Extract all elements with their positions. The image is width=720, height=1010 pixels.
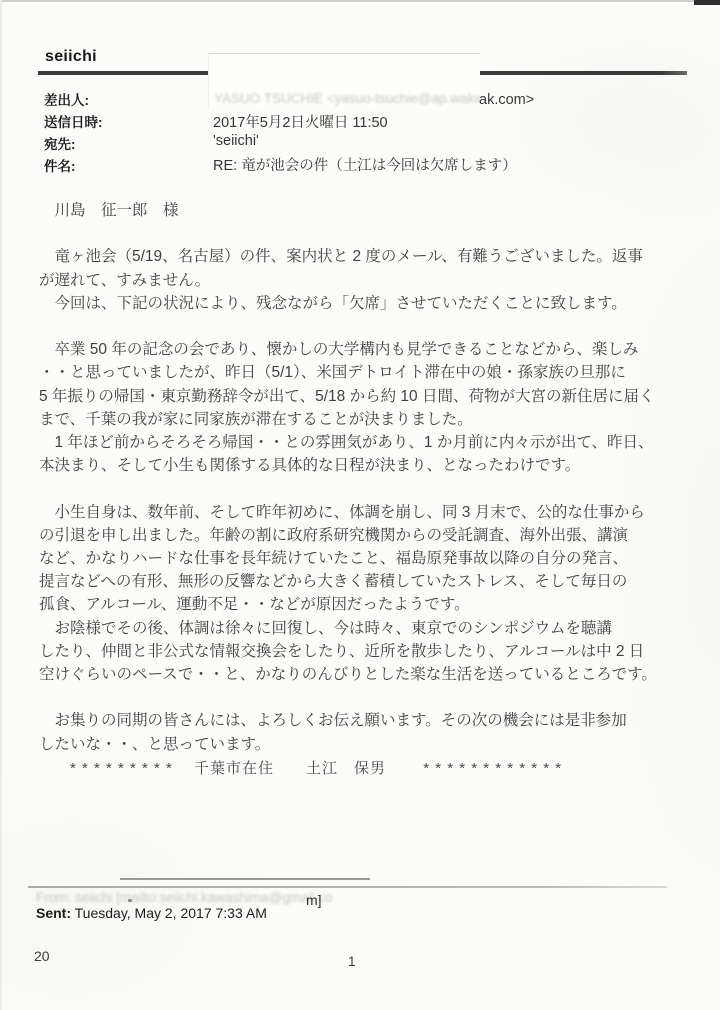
body-line: ・・と思っていましたが、昨日（5/1）、米国デトロイト滞在中の娘・孫家族の旦那に bbox=[39, 361, 703, 384]
body-line: 孤食、アルコール、運動不足・・などが原因だったようです。 bbox=[39, 593, 703, 616]
quoted-sent-value: Tuesday, May 2, 2017 7:33 AM bbox=[71, 905, 267, 921]
to-value: 'seiichi' bbox=[213, 133, 259, 149]
page-number-left: 20 bbox=[34, 948, 50, 964]
scan-speck bbox=[128, 899, 132, 902]
body-line: 5 年振りの帰国・東京勤務辞令が出て、5/18 から約 10 日間、荷物が大宮の… bbox=[39, 385, 703, 408]
body-line: 卒業 50 年の記念の会であり、懐かしの大学構内も見学できることなどから、楽しみ bbox=[39, 338, 703, 361]
scanned-email-document: seiichi YASUO TSUCHIE <yasuo-tsuchie@ap.… bbox=[0, 0, 720, 1010]
to-label: 宛先: bbox=[44, 133, 76, 153]
body-line: したり、仲間と非公式な情報交換会をしたり、近所を散歩したり、アルコールは中 2 … bbox=[39, 640, 703, 663]
body-line: お集りの同期の皆さんには、よろしくお伝え願います。その次の機会には是非参加 bbox=[39, 709, 703, 732]
quoted-sent-label: Sent: bbox=[36, 905, 71, 921]
quoted-from-line: From: seiichi [mailto:seiichi.kawashima@… bbox=[36, 890, 333, 905]
signature-line: * * * * * * * * * 千葉市在住 土江 保男 * * * * * … bbox=[70, 757, 562, 780]
redaction-box-sender: YASUO TSUCHIE <yasuo-tsuchie@ap.wakw bbox=[208, 53, 480, 107]
redaction-box-edge bbox=[120, 878, 370, 880]
salutation: 川島 征一郎 様 bbox=[39, 199, 703, 222]
body-line: が遅れて、すみません。 bbox=[39, 269, 703, 292]
subject-value: RE: 竜が池会の件（土江は今回は欠席します） bbox=[213, 154, 517, 175]
body-line: 提言などへの有形、無形の反響などから大きく蓄積していたストレス、そして毎日の bbox=[39, 570, 703, 593]
title-rule-right bbox=[479, 71, 687, 75]
body-line: まで、千葉の我が家に同家族が滞在することが決まりました。 bbox=[39, 408, 703, 431]
body-line: 本決まり、そして小生も関係する具体的な日程が決まり、となったわけです。 bbox=[39, 454, 703, 477]
body-line: 空けぐらいのペースで・・と、かなりのんびりとした楽な生活を送っているところです。 bbox=[39, 663, 703, 686]
title-rule-left bbox=[38, 71, 208, 75]
subject-label: 件名: bbox=[44, 155, 76, 175]
scan-edge-corner bbox=[694, 0, 720, 5]
redacted-quoted-from-text: From: seiichi [mailto:seiichi.kawashima@… bbox=[36, 890, 333, 905]
body-line: お陰様でその後、体調は徐々に回復し、今は時々、東京でのシンポジウムを聴講 bbox=[39, 617, 703, 640]
body-line: など、かなりハードな仕事を長年続けていたこと、福島原発事故以降の自分の発言、 bbox=[39, 547, 703, 570]
sender-address-tail: ak.com> bbox=[479, 92, 534, 108]
from-label: 差出人: bbox=[44, 89, 89, 109]
scan-edge-left bbox=[0, 0, 2, 1010]
body-line: 小生自身は、数年前、そして昨年初めに、体調を崩し、同 3 月末で、公的な仕事から bbox=[39, 501, 703, 524]
quoted-header-divider bbox=[28, 886, 667, 888]
body-line: の引退を申し出ました。年齢の割に政府系研究機関からの受託調査、海外出張、講演 bbox=[39, 524, 703, 547]
body-line: 1 年ほど前からそろそろ帰国・・との雰囲気があり、1 か月前に内々示が出て、昨日… bbox=[39, 431, 703, 454]
sent-value: 2017年5月2日火曜日 11:50 bbox=[213, 111, 388, 132]
body-line: 竜ヶ池会（5/19、名古屋）の件、案内状と 2 度のメール、有難うございました。… bbox=[39, 245, 703, 268]
body-line: したいな・・、と思っています。 bbox=[39, 733, 703, 756]
quoted-sent-line: Sent: Tuesday, May 2, 2017 7:33 AM bbox=[36, 905, 267, 921]
email-account-title: seiichi bbox=[45, 48, 97, 66]
redacted-sender-text: YASUO TSUCHIE <yasuo-tsuchie@ap.wakw bbox=[214, 91, 480, 106]
body-line: 今回は、下記の状況により、残念ながら「欠席」させていただくことに致します。 bbox=[39, 292, 703, 315]
scan-edge-top bbox=[0, 0, 720, 2]
quoted-from-tail: m] bbox=[306, 892, 322, 908]
sent-label: 送信日時: bbox=[44, 111, 103, 131]
page-number-center: 1 bbox=[348, 954, 356, 969]
